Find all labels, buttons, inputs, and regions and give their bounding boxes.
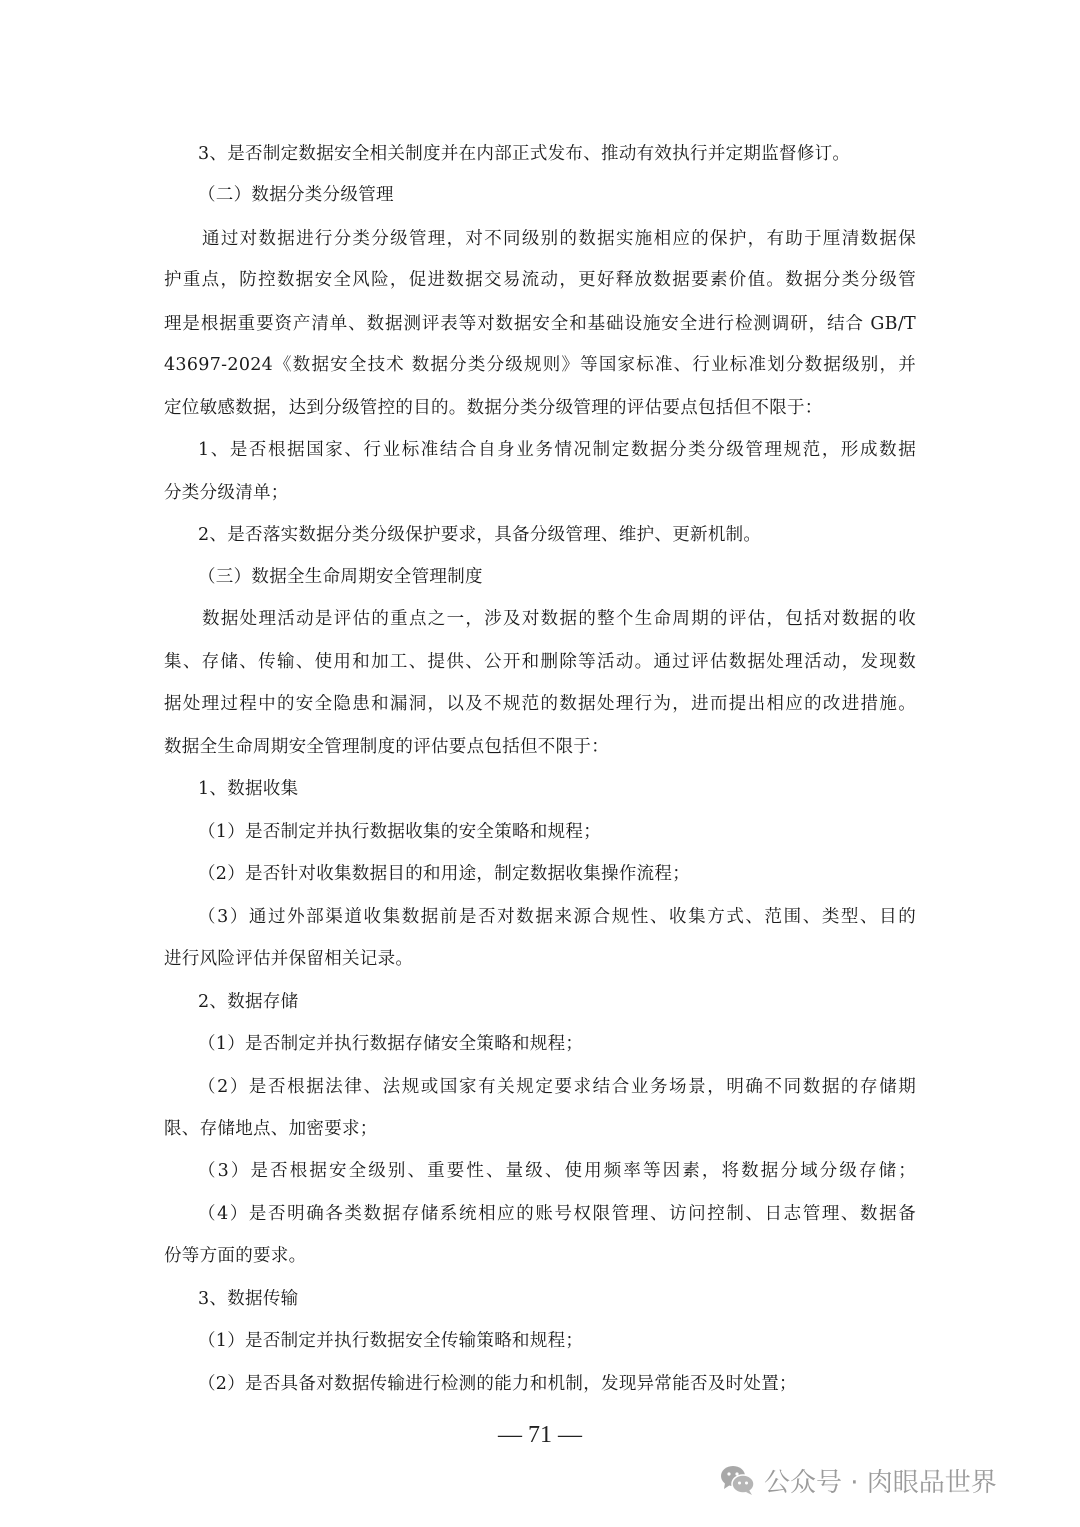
text-line: 分类分级清单； [164, 481, 916, 505]
text-line: 据处理过程中的安全隐患和漏洞，以及不规范的数据处理行为，进而提出相应的改进措施。 [164, 692, 916, 716]
text-line: （1）是否制定并执行数据存储安全策略和规程； [198, 1032, 916, 1056]
text-line: 集、存储、传输、使用和加工、提供、公开和删除等活动。通过评估数据处理活动，发现数 [164, 650, 916, 674]
text-line: （三）数据全生命周期安全管理制度 [198, 565, 916, 589]
text-line: 1、数据收集 [198, 777, 916, 801]
text-line: 理是根据重要资产清单、数据测评表等对数据安全和基础设施安全进行检测调研，结合 G… [164, 312, 916, 336]
wechat-icon [720, 1464, 756, 1496]
text-line: 数据处理活动是评估的重点之一，涉及对数据的整个生命周期的评估，包括对数据的收 [202, 607, 916, 631]
text-line: 2、数据存储 [198, 990, 916, 1014]
page-number: — 71 — [0, 1420, 1080, 1450]
document-page: 3、是否制定数据安全相关制度并在内部正式发布、推动有效执行并定期监督修订。（二）… [0, 0, 1080, 1527]
text-line: 份等方面的要求。 [164, 1244, 916, 1268]
watermark: 公众号 · 肉眼品世界 [720, 1462, 997, 1498]
text-line: 1、是否根据国家、行业标准结合自身业务情况制定数据分类分级管理规范，形成数据 [198, 438, 916, 462]
text-line: 进行风险评估并保留相关记录。 [164, 947, 916, 971]
text-line: （1）是否制定并执行数据安全传输策略和规程； [198, 1329, 916, 1353]
text-line: 2、是否落实数据分类分级保护要求，具备分级管理、维护、更新机制。 [198, 523, 916, 547]
text-line: 通过对数据进行分类分级管理，对不同级别的数据实施相应的保护，有助于厘清数据保 [202, 227, 916, 251]
text-line: 43697-2024《数据安全技术 数据分类分级规则》等国家标准、行业标准划分数… [164, 353, 916, 377]
text-line: 限、存储地点、加密要求； [164, 1117, 916, 1141]
text-line: （2）是否具备对数据传输进行检测的能力和机制，发现异常能否及时处置； [198, 1372, 916, 1396]
text-line: （3）是否根据安全级别、重要性、量级、使用频率等因素，将数据分域分级存储； [198, 1159, 916, 1183]
text-line: （2）是否根据法律、法规或国家有关规定要求结合业务场景，明确不同数据的存储期 [198, 1075, 916, 1099]
text-line: （1）是否制定并执行数据收集的安全策略和规程； [198, 820, 916, 844]
text-line: （二）数据分类分级管理 [198, 183, 916, 207]
text-line: 护重点，防控数据安全风险，促进数据交易流动，更好释放数据要素价值。数据分类分级管 [164, 268, 916, 292]
text-line: 定位敏感数据，达到分级管控的目的。数据分类分级管理的评估要点包括但不限于： [164, 396, 916, 420]
text-line: 3、是否制定数据安全相关制度并在内部正式发布、推动有效执行并定期监督修订。 [198, 142, 916, 166]
text-line: （3）通过外部渠道收集数据前是否对数据来源合规性、收集方式、范围、类型、目的 [198, 905, 916, 929]
text-line: （4）是否明确各类数据存储系统相应的账号权限管理、访问控制、日志管理、数据备 [198, 1202, 916, 1226]
text-line: 数据全生命周期安全管理制度的评估要点包括但不限于： [164, 735, 916, 759]
watermark-text: 公众号 · 肉眼品世界 [764, 1462, 997, 1499]
text-line: （2）是否针对收集数据目的和用途，制定数据收集操作流程； [198, 862, 916, 886]
text-line: 3、数据传输 [198, 1287, 916, 1311]
